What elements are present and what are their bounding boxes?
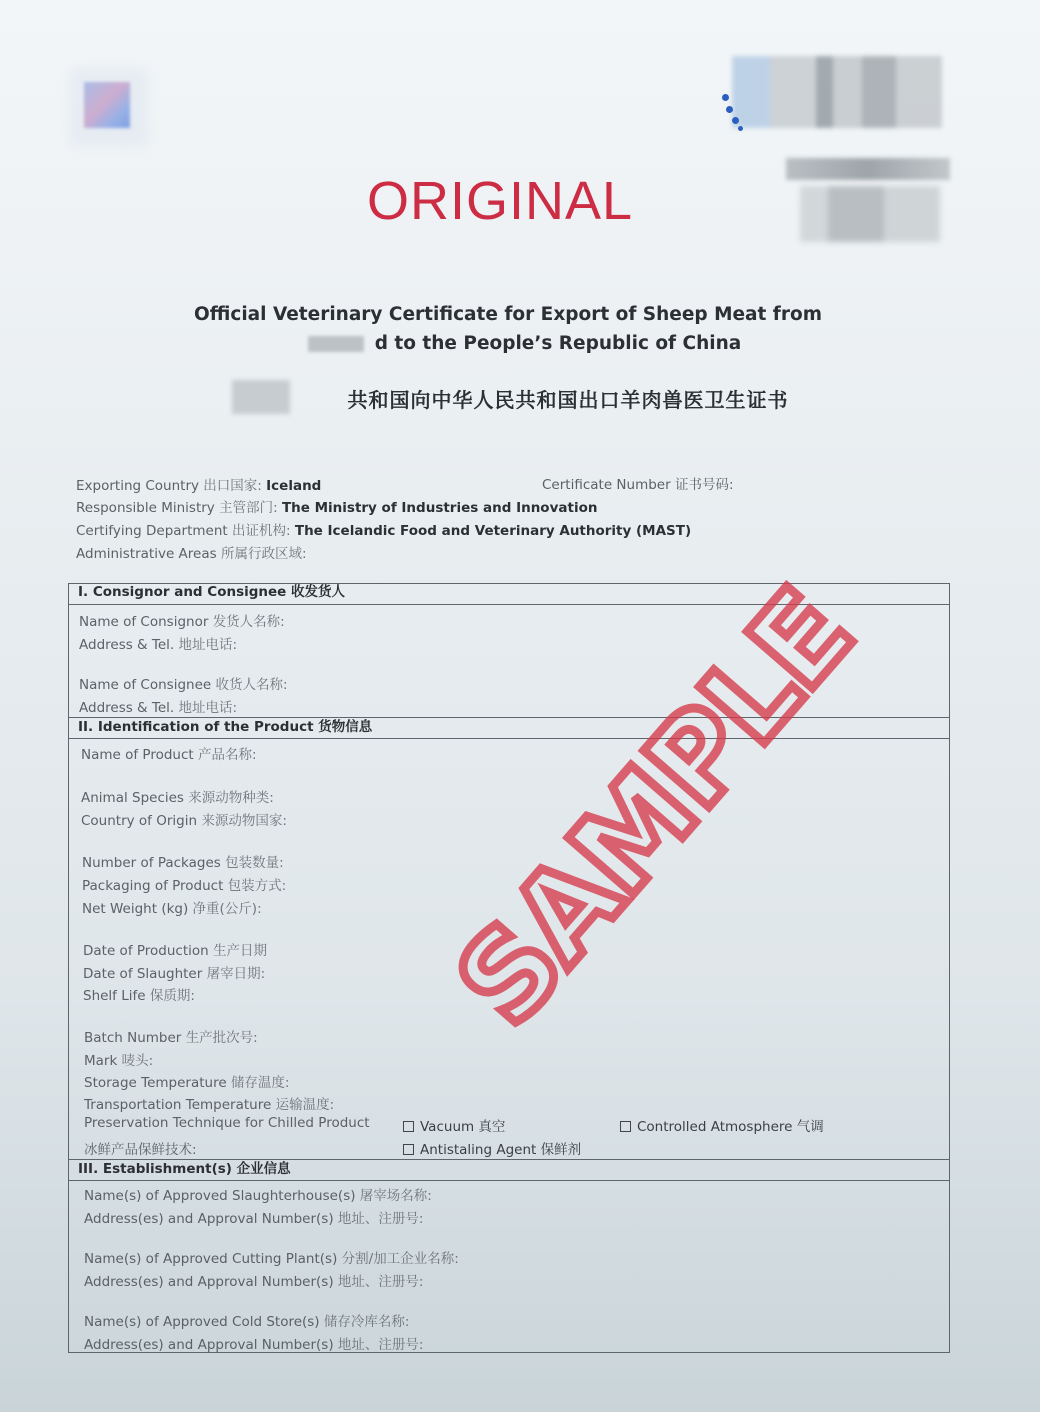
field-label: Name of Consignor <box>79 614 208 630</box>
field-label-cn: 运输温度: <box>276 1097 335 1113</box>
antistaling-agent-label: Antistaling Agent 保鲜剂 <box>420 1142 581 1158</box>
field-label: Name of Consignee <box>79 677 211 693</box>
certifying-department: Certifying Department 出证机构: The Icelandi… <box>76 519 691 539</box>
field-label-cn: 屠宰日期: <box>207 966 266 982</box>
certifying-department-value: The Icelandic Food and Veterinary Author… <box>295 523 691 539</box>
antistaling-agent-checkbox[interactable] <box>403 1144 414 1155</box>
field-cold-store-address: Address(es) and Approval Number(s) 地址、注册… <box>84 1333 423 1353</box>
field-label: Country of Origin <box>81 813 197 829</box>
field-label-cn: 生产日期 <box>213 943 267 959</box>
field-label-cn: 生产批次号: <box>186 1030 258 1046</box>
certifying-department-label-cn: 出证机构: <box>232 523 291 539</box>
field-label-cn: 屠宰场名称: <box>360 1188 432 1204</box>
field-consignor-address: Address & Tel. 地址电话: <box>79 633 237 653</box>
field-label-cn: 产品名称: <box>198 747 257 763</box>
field-label-cn: 保质期: <box>150 988 195 1004</box>
field-label: Mark <box>84 1053 117 1069</box>
responsible-ministry-value: The Ministry of Industries and Innovatio… <box>282 500 598 516</box>
field-preservation-technique-cn: 冰鲜产品保鲜技术: <box>84 1138 197 1158</box>
field-slaughterhouse-address: Address(es) and Approval Number(s) 地址、注册… <box>84 1207 423 1227</box>
field-animal-species: Animal Species 来源动物种类: <box>81 786 274 806</box>
field-label: Net Weight (kg) <box>82 901 188 917</box>
field-consignee-address: Address & Tel. 地址电话: <box>79 696 237 716</box>
field-label-cn: 地址电话: <box>178 700 237 716</box>
responsible-ministry-label: Responsible Ministry <box>76 500 215 516</box>
field-label: Date of Production <box>83 943 209 959</box>
field-batch-number: Batch Number 生产批次号: <box>84 1026 258 1046</box>
controlled-atmosphere-label: Controlled Atmosphere 气调 <box>637 1119 824 1135</box>
field-storage-temperature: Storage Temperature 储存温度: <box>84 1071 290 1091</box>
option-antistaling-agent[interactable]: Antistaling Agent 保鲜剂 <box>403 1138 581 1158</box>
administrative-areas-label-cn: 所属行政区域: <box>221 546 307 562</box>
seal-dots-icon <box>720 88 750 136</box>
certificate-number-label-cn: 证书号码: <box>675 477 734 493</box>
field-cutting-plant-name: Name(s) of Approved Cutting Plant(s) 分割/… <box>84 1247 459 1267</box>
exporting-country: Exporting Country 出口国家: Iceland <box>76 474 321 494</box>
field-packaging: Packaging of Product 包装方式: <box>82 874 286 894</box>
field-label-cn: 收货人名称: <box>215 677 287 693</box>
field-cold-store-name: Name(s) of Approved Cold Store(s) 储存冷库名称… <box>84 1310 409 1330</box>
field-label-cn: 净重(公斤): <box>193 901 262 917</box>
field-label: Address(es) and Approval Number(s) <box>84 1274 334 1290</box>
field-label: Address(es) and Approval Number(s) <box>84 1337 334 1353</box>
redacted-issuer-block <box>732 56 942 128</box>
field-label-cn: 地址电话: <box>178 637 237 653</box>
section-establishments-header: III. Establishment(s) 企业信息 <box>69 1159 949 1181</box>
field-label: Address & Tel. <box>79 637 174 653</box>
exporting-country-label-cn: 出口国家: <box>203 478 262 494</box>
title-cn: 共和国向中华人民共和国出口羊肉兽医卫生证书 <box>0 384 1040 413</box>
field-label: Transportation Temperature <box>84 1097 271 1113</box>
field-consignee-name: Name of Consignee 收货人名称: <box>79 673 288 693</box>
field-label: Name(s) of Approved Slaughterhouse(s) <box>84 1188 356 1204</box>
field-label-cn: 储存冷库名称: <box>324 1314 410 1330</box>
field-label: Name of Product <box>81 747 194 763</box>
field-consignor-name: Name of Consignor 发货人名称: <box>79 610 285 630</box>
field-slaughterhouse-name: Name(s) of Approved Slaughterhouse(s) 屠宰… <box>84 1184 432 1204</box>
field-product-name: Name of Product 产品名称: <box>81 743 257 763</box>
field-date-of-production: Date of Production 生产日期 <box>83 939 267 959</box>
field-label-cn: 储存温度: <box>231 1075 290 1091</box>
field-net-weight: Net Weight (kg) 净重(公斤): <box>82 897 262 917</box>
field-mark: Mark 唛头: <box>84 1049 153 1069</box>
field-label-cn: 地址、注册号: <box>338 1211 424 1227</box>
exporting-country-label: Exporting Country <box>76 478 199 494</box>
field-label: Shelf Life <box>83 988 146 1004</box>
original-watermark: ORIGINAL <box>0 170 1000 232</box>
field-label: Name(s) of Approved Cold Store(s) <box>84 1314 320 1330</box>
field-label: Address & Tel. <box>79 700 174 716</box>
field-label: Date of Slaughter <box>83 966 202 982</box>
field-label-cn: 分割/加工企业名称: <box>342 1251 459 1267</box>
field-date-of-slaughter: Date of Slaughter 屠宰日期: <box>83 962 265 982</box>
certifying-department-label: Certifying Department <box>76 523 228 539</box>
vacuum-checkbox[interactable] <box>403 1121 414 1132</box>
option-vacuum[interactable]: Vacuum 真空 <box>403 1115 505 1135</box>
field-label: Address(es) and Approval Number(s) <box>84 1211 334 1227</box>
certificate-number-label: Certificate Number <box>542 477 671 493</box>
responsible-ministry-label-cn: 主管部门: <box>219 500 278 516</box>
responsible-ministry: Responsible Ministry 主管部门: The Ministry … <box>76 496 597 516</box>
field-label-cn: 来源动物种类: <box>188 790 274 806</box>
field-label-cn: 包装数量: <box>225 855 284 871</box>
administrative-areas-label: Administrative Areas <box>76 546 217 562</box>
field-preservation-technique: Preservation Technique for Chilled Produ… <box>84 1115 370 1131</box>
title-en-line1: Official Veterinary Certificate for Expo… <box>0 304 1016 325</box>
field-label: Storage Temperature <box>84 1075 227 1091</box>
field-label: Number of Packages <box>82 855 221 871</box>
controlled-atmosphere-checkbox[interactable] <box>620 1121 631 1132</box>
administrative-areas: Administrative Areas 所属行政区域: <box>76 542 307 562</box>
field-country-of-origin: Country of Origin 来源动物国家: <box>81 809 287 829</box>
option-controlled-atmosphere[interactable]: Controlled Atmosphere 气调 <box>620 1115 824 1135</box>
field-label-cn: 唛头: <box>122 1053 154 1069</box>
field-label-cn: 地址、注册号: <box>338 1274 424 1290</box>
field-cutting-plant-address: Address(es) and Approval Number(s) 地址、注册… <box>84 1270 423 1290</box>
exporting-country-value: Iceland <box>266 478 321 494</box>
redacted-logo <box>84 82 130 128</box>
field-shelf-life: Shelf Life 保质期: <box>83 984 195 1004</box>
title-en-line2: d to the People’s Republic of China <box>0 333 1040 354</box>
field-label-cn: 包装方式: <box>228 878 287 894</box>
field-number-of-packages: Number of Packages 包装数量: <box>82 851 284 871</box>
field-label-cn: 地址、注册号: <box>338 1337 424 1353</box>
field-label: Animal Species <box>81 790 184 806</box>
field-label-cn: 发货人名称: <box>213 614 285 630</box>
field-label: Name(s) of Approved Cutting Plant(s) <box>84 1251 337 1267</box>
field-label: Batch Number <box>84 1030 181 1046</box>
field-transport-temperature: Transportation Temperature 运输温度: <box>84 1093 334 1113</box>
vacuum-label: Vacuum 真空 <box>420 1119 505 1135</box>
certificate-number: Certificate Number 证书号码: <box>542 473 734 493</box>
field-label-cn: 来源动物国家: <box>201 813 287 829</box>
field-label: Packaging of Product <box>82 878 223 894</box>
